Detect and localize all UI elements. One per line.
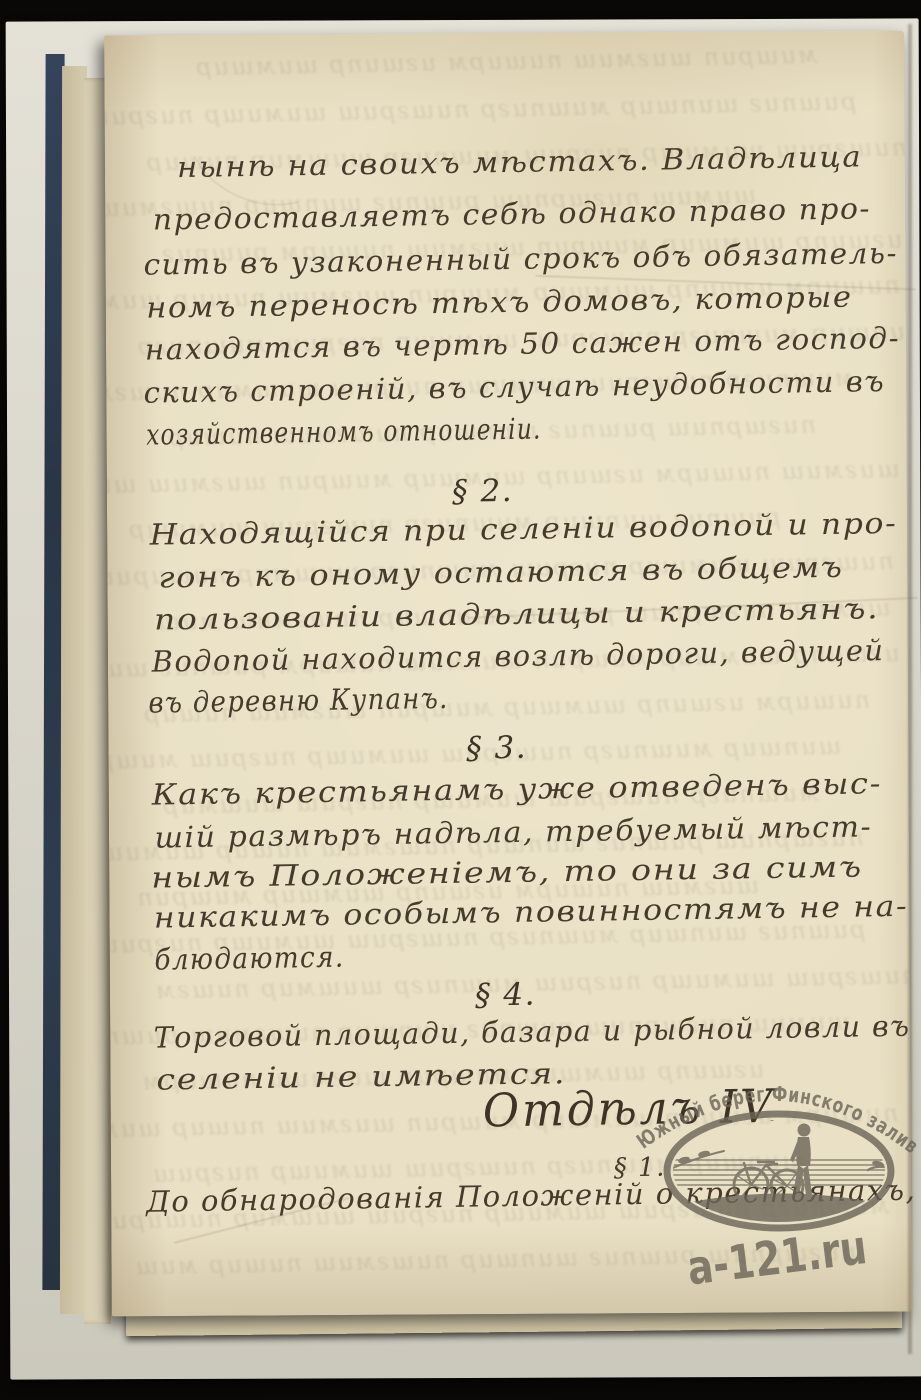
manuscript-line: гонъ къ оному остаются въ общемъ: [158, 550, 844, 595]
manuscript-line: Водопой находится возлѣ дороги, ведущей: [152, 633, 885, 679]
manuscript-line: нымъ Положеніемъ, то они за симъ: [151, 849, 863, 894]
stamp-graphic: Южный берег Финского залива a-121.ru: [626, 1068, 921, 1310]
manuscript-line: находятся въ чертѣ 50 сажен отъ господ-: [145, 321, 901, 367]
manuscript-line: никакимъ особымъ повинностямъ не на-: [154, 889, 909, 935]
paragraph-mark: § 3.: [466, 730, 527, 767]
site-name-text: a-121.ru: [684, 1220, 869, 1297]
manuscript-line: Находящійся при селеніи водопой и про-: [150, 506, 898, 552]
manuscript-line: скихъ строеній, въ случаѣ неудобности въ: [143, 364, 885, 410]
manuscript-line: номъ переносѣ тѣхъ домовъ, которые: [146, 280, 853, 325]
page-edge: [60, 66, 87, 1314]
manuscript-line: въ деревню Купанъ.: [148, 681, 449, 720]
manuscript-line: Торговой площади, базара и рыбной ловли …: [153, 1009, 910, 1055]
watermark-stamp: Южный берег Финского залива a-121.ru: [626, 1068, 921, 1310]
archive-photo: мишрип шигмиш пиширм игшипр шимширришпиг…: [0, 0, 921, 1400]
paragraph-mark: § 2.: [452, 473, 513, 510]
paragraph-mark: § 4.: [475, 977, 536, 1014]
manuscript-line: сить въ узаконенный срокъ объ обязатель-: [143, 236, 898, 282]
manuscript-line: Какъ крестьянамъ уже отведенъ выс-: [152, 766, 883, 811]
manuscript-line: хозяйственномъ отношеніи.: [146, 411, 542, 451]
manuscript-line: шій размѣръ надѣла, требуемый мѣст-: [154, 809, 872, 854]
manuscript-line: блюдаются.: [154, 940, 345, 977]
